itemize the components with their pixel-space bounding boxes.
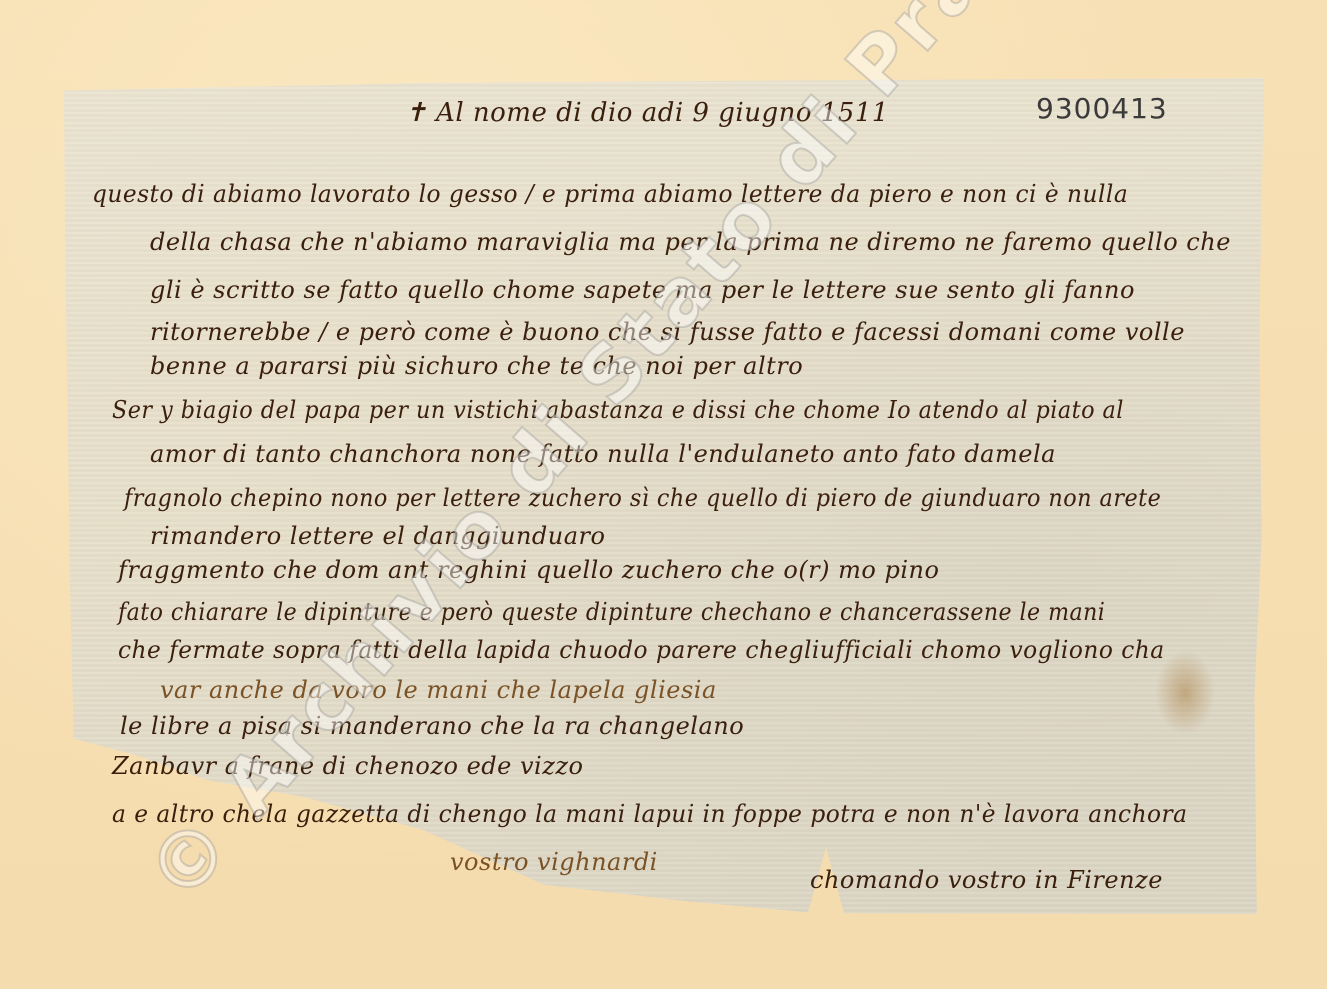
manuscript-line-3: gli è scritto se fatto quello chome sape… [150, 276, 1135, 304]
manuscript-line-5: benne a pararsi più sichuro che te che n… [150, 352, 803, 380]
manuscript-line-8: fragnolo chepino nono per lettere zucher… [124, 484, 1161, 512]
manuscript-line-15: Zanbavr a frane di chenozo ede vizzo [112, 752, 583, 780]
manuscript-line-16: a e altro chela gazzetta di chengo la ma… [112, 800, 1188, 828]
manuscript-line-1: questo di abiamo lavorato lo gesso / e p… [92, 180, 1128, 208]
archive-number: 9300413 [1036, 92, 1168, 125]
manuscript-line-2: della chasa che n'abiamo maraviglia ma p… [150, 228, 1231, 256]
manuscript-line-7: amor di tanto chanchora none fatto nulla… [150, 440, 1056, 468]
manuscript-line-10: fraggmento che dom ant reghini quello zu… [118, 556, 939, 584]
manuscript-line-14: le libre a pisa si manderano che la ra c… [120, 712, 744, 740]
manuscript-line-9: rimandero lettere el danggiunduaro [150, 522, 605, 550]
closing-line: chomando vostro in Firenze [810, 866, 1163, 894]
manuscript-line-4: ritornerebbe / e però come è buono che s… [150, 318, 1185, 346]
manuscript-line-6: Ser y biagio del papa per un vistichi ab… [112, 396, 1124, 424]
manuscript-line-13: var anche da voro le mani che lapela gli… [160, 676, 717, 704]
signature-sender: vostro vighnardi [450, 848, 658, 876]
manuscript-line-11: fato chiarare le dipinture e però queste… [118, 598, 1105, 626]
letter-heading: ✝ Al nome di dio adi 9 giugno 1511 [405, 98, 889, 128]
manuscript-line-12: che fermate sopra fatti della lapida chu… [118, 636, 1165, 664]
